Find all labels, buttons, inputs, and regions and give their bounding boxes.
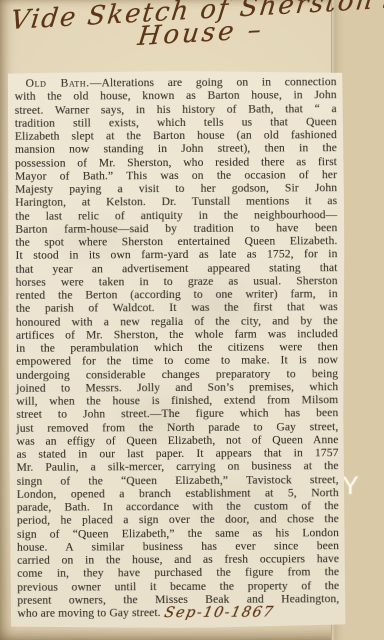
clipping-lead: Old Bath. bbox=[26, 76, 90, 89]
clipping-line: come in, they have purchased the figure … bbox=[17, 565, 339, 580]
clipping-line: who are moving to Gay street.Sep-10-1867 bbox=[17, 605, 339, 620]
clipping-line: just removed from the North parade to Ga… bbox=[16, 420, 338, 435]
clipping-line: singn of the “Queen Elizabeth,” Tavistoc… bbox=[17, 473, 339, 488]
clipping-line: honoured with a new regalia of the city,… bbox=[16, 314, 338, 329]
clipping-line: period, he placed a sign over the door, … bbox=[17, 512, 339, 527]
clipping-line: sign of “Queen Elizabeth,” the same as h… bbox=[17, 526, 339, 541]
clipping-line: street. Warner says, in his history of B… bbox=[15, 102, 337, 117]
clipping-line: undergoing considerable changes preparat… bbox=[16, 367, 338, 382]
clipping-line: Mr. Paulin, a silk-mercer, carrying on b… bbox=[17, 459, 339, 474]
album-page: Y Vide Sketch of Sherston's House – Old … bbox=[0, 0, 384, 640]
handwritten-date: Sep-10-1867 bbox=[163, 606, 275, 620]
handwritten-title: Vide Sketch of Sherston's House – bbox=[10, 0, 384, 59]
newspaper-clipping: Old Bath.—Alterations are going on in co… bbox=[7, 70, 347, 629]
clipping-text: Old Bath.—Alterations are going on in co… bbox=[15, 75, 340, 620]
clipping-line: the parish of Waldcot. It was the first … bbox=[16, 300, 338, 315]
clipping-line: previous owner until it became the prope… bbox=[17, 579, 339, 594]
clipping-line: possession of Mr. Sherston, who resided … bbox=[15, 155, 337, 170]
watermark-letter: Y bbox=[342, 472, 359, 501]
clipping-line: that year an advertisement appeared stat… bbox=[16, 261, 338, 276]
clipping-line: the last relic of antiquity in the neigh… bbox=[15, 208, 337, 223]
clipping-line: street to John street.—The figure which … bbox=[16, 406, 338, 421]
clipping-line: It stood in its own farm-yard as late as… bbox=[15, 247, 337, 262]
clipping-line: Harington, at Kelston. Dr. Tunstall ment… bbox=[15, 194, 337, 209]
clipping-line: empowered for the time to come to make. … bbox=[16, 353, 338, 368]
clipping-line: mansion now standing in John street), th… bbox=[15, 141, 337, 156]
clipping-line: with the old house, known as Barton hous… bbox=[15, 88, 337, 103]
